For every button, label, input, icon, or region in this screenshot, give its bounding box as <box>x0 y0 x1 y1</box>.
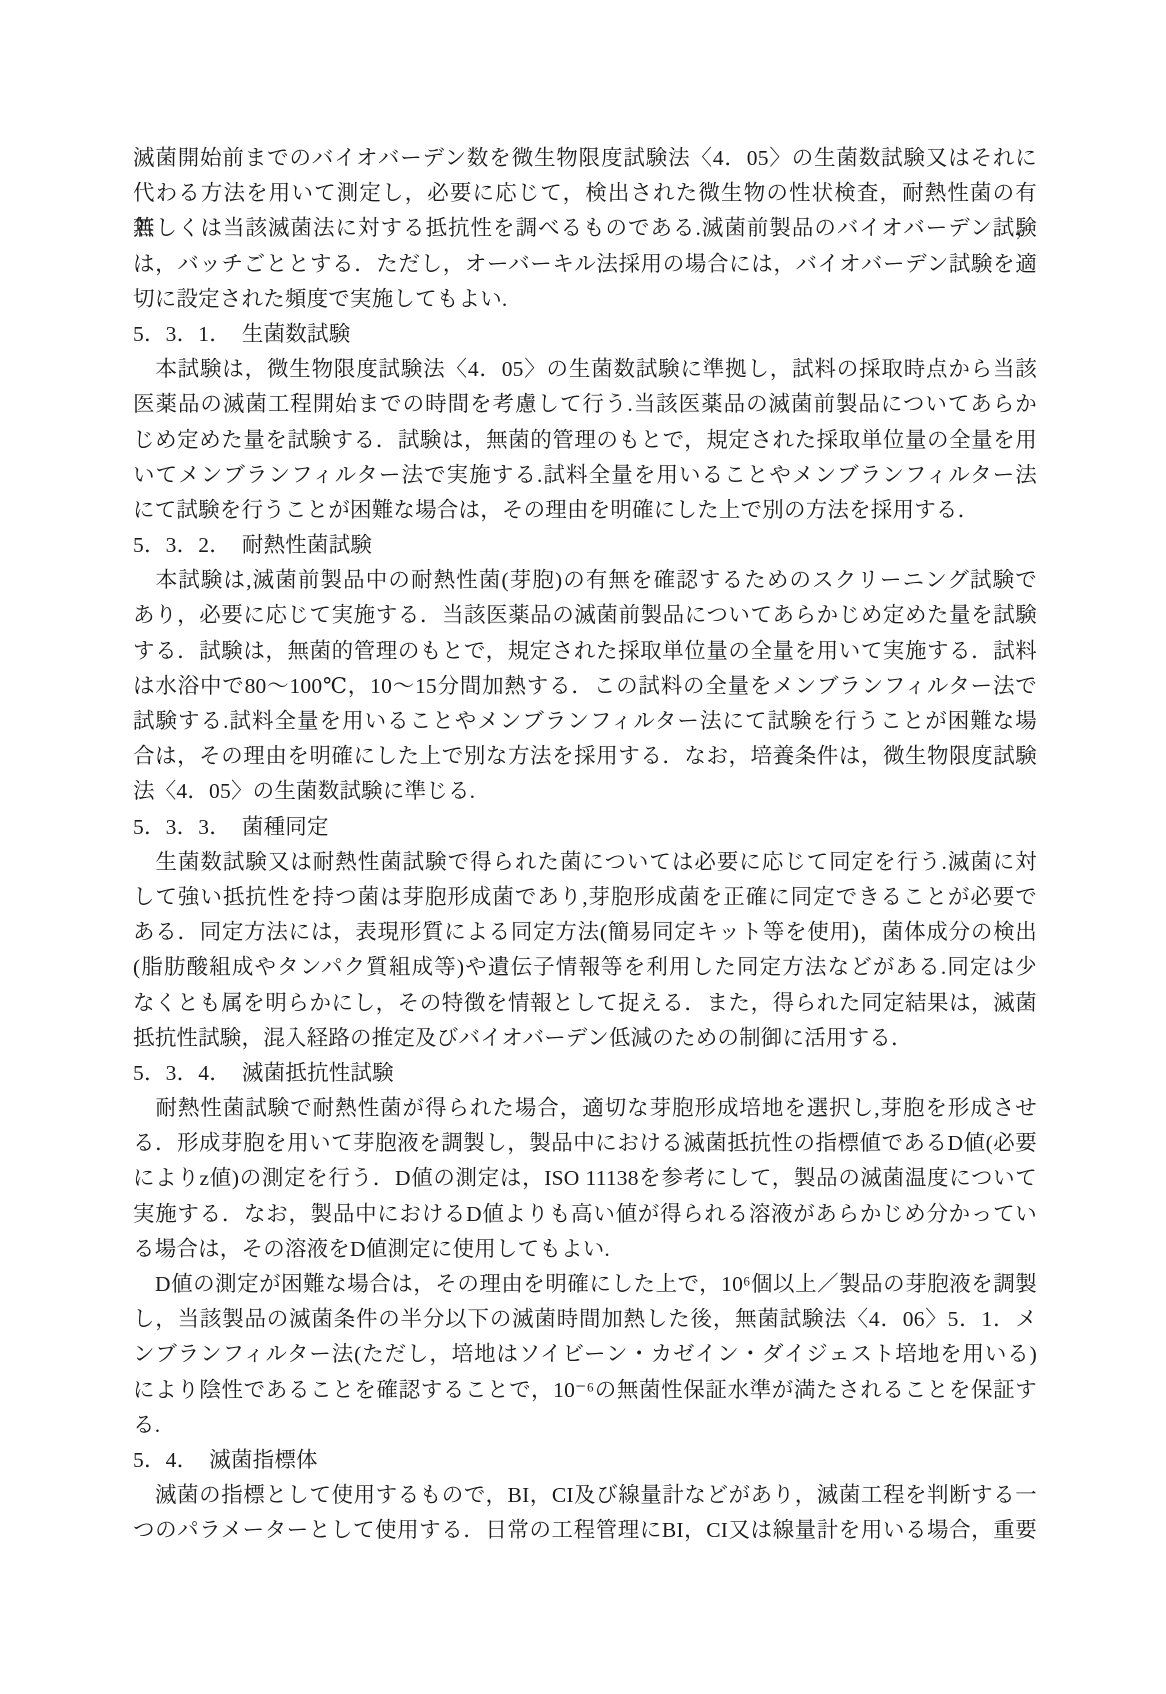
text-line: D値の測定が困難な場合は，その理由を明確にした上で，10⁶個以上／製品の芽胞液を… <box>133 1267 1037 1302</box>
section-heading: 5．4． 滅菌指標体 <box>133 1443 1037 1478</box>
text-line: (脂肪酸組成やタンパク質組成等)や遺伝子情報等を利用した同定方法などがある.同定… <box>133 950 1037 985</box>
document-text: 滅菌開始前までのバイオバーデン数を微生物限度試験法〈4．05〉の生菌数試験又はそ… <box>133 141 1037 1549</box>
text-line: し，当該製品の滅菌条件の半分以下の滅菌時間加熱した後，無菌試験法〈4．06〉5．… <box>133 1302 1037 1337</box>
text-line: 医薬品の滅菌工程開始までの時間を考慮して行う.当該医薬品の滅菌前製品についてあら… <box>133 387 1037 422</box>
text-line: る．形成芽胞を用いて芽胞液を調製し，製品中における滅菌抵抗性の指標値であるD値(… <box>133 1126 1037 1161</box>
text-line: る. <box>133 1408 1037 1443</box>
text-line: つのパラメーターとして使用する．日常の工程管理にBI，CI又は線量計を用いる場合… <box>133 1513 1037 1548</box>
text-line: 若しくは当該滅菌法に対する抵抗性を調べるものである.滅菌前製品のバイオバーデン試… <box>133 211 1037 246</box>
text-line: して強い抵抗性を持つ菌は芽胞形成菌であり,芽胞形成菌を正確に同定できることが必要… <box>133 880 1037 915</box>
text-line: じめ定めた量を試験する．試験は，無菌的管理のもとで，規定された採取単位量の全量を… <box>133 423 1037 458</box>
text-line: 切に設定された頻度で実施してもよい. <box>133 282 1037 317</box>
text-line: いてメンブランフィルター法で実施する.試料全量を用いることやメンブランフィルター… <box>133 458 1037 493</box>
section-heading: 5．3．1． 生菌数試験 <box>133 317 1037 352</box>
text-line: によりz値)の測定を行う．D値の測定は，ISO 11138を参考にして，製品の滅… <box>133 1161 1037 1196</box>
text-line: により陰性であることを確認することで，10⁻⁶の無菌性保証水準が満たされることを… <box>133 1373 1037 1408</box>
text-line: 実施する．なお，製品中におけるD値よりも高い値が得られる溶液があらかじめ分かって… <box>133 1197 1037 1232</box>
text-line: 耐熱性菌試験で耐熱性菌が得られた場合，適切な芽胞形成培地を選択し,芽胞を形成させ <box>133 1091 1037 1126</box>
text-line: 生菌数試験又は耐熱性菌試験で得られた菌については必要に応じて同定を行う.滅菌に対 <box>133 845 1037 880</box>
text-line: ンブランフィルター法(ただし，培地はソイビーン・カゼイン・ダイジェスト培地を用い… <box>133 1337 1037 1372</box>
text-line: 本試験は，微生物限度試験法〈4．05〉の生菌数試験に準拠し，試料の採取時点から当… <box>133 352 1037 387</box>
text-line: 試験する.試料全量を用いることやメンブランフィルター法にて試験を行うことが困難な… <box>133 704 1037 739</box>
section-heading: 5．3．4． 滅菌抵抗性試験 <box>133 1056 1037 1091</box>
text-line: にて試験を行うことが困難な場合は，その理由を明確にした上で別の方法を採用する． <box>133 493 1037 528</box>
text-line: る場合は，その溶液をD値測定に使用してもよい. <box>133 1232 1037 1267</box>
text-line: は，バッチごととする．ただし，オーバーキル法採用の場合には，バイオバーデン試験を… <box>133 247 1037 282</box>
text-line: あり，必要に応じて実施する．当該医薬品の滅菌前製品についてあらかじめ定めた量を試… <box>133 598 1037 633</box>
text-line: 代わる方法を用いて測定し，必要に応じて，検出された微生物の性状検査，耐熱性菌の有… <box>133 176 1037 211</box>
text-line: 本試験は,滅菌前製品中の耐熱性菌(芽胞)の有無を確認するためのスクリーニング試験… <box>133 563 1037 598</box>
text-line: なくとも属を明らかにし，その特徴を情報として捉える．また，得られた同定結果は，滅… <box>133 986 1037 1021</box>
text-line: 合は，その理由を明確にした上で別な方法を採用する．なお，培養条件は，微生物限度試… <box>133 739 1037 774</box>
text-line: ある．同定方法には，表現形質による同定方法(簡易同定キット等を使用)，菌体成分の… <box>133 915 1037 950</box>
text-line: 法〈4．05〉の生菌数試験に準じる. <box>133 774 1037 809</box>
text-line: する．試験は，無菌的管理のもとで，規定された採取単位量の全量を用いて実施する．試… <box>133 634 1037 669</box>
document-page: 滅菌開始前までのバイオバーデン数を微生物限度試験法〈4．05〉の生菌数試験又はそ… <box>0 0 1166 1694</box>
text-line: は水浴中で80～100℃，10～15分間加熱する．この試料の全量をメンブランフィ… <box>133 669 1037 704</box>
section-heading: 5．3．3． 菌種同定 <box>133 810 1037 845</box>
text-line: 抵抗性試験，混入経路の推定及びバイオバーデン低減のための制御に活用する． <box>133 1021 1037 1056</box>
text-line: 滅菌開始前までのバイオバーデン数を微生物限度試験法〈4．05〉の生菌数試験又はそ… <box>133 141 1037 176</box>
section-heading: 5．3．2． 耐熱性菌試験 <box>133 528 1037 563</box>
text-line: 滅菌の指標として使用するもので，BI，CI及び線量計などがあり，滅菌工程を判断す… <box>133 1478 1037 1513</box>
